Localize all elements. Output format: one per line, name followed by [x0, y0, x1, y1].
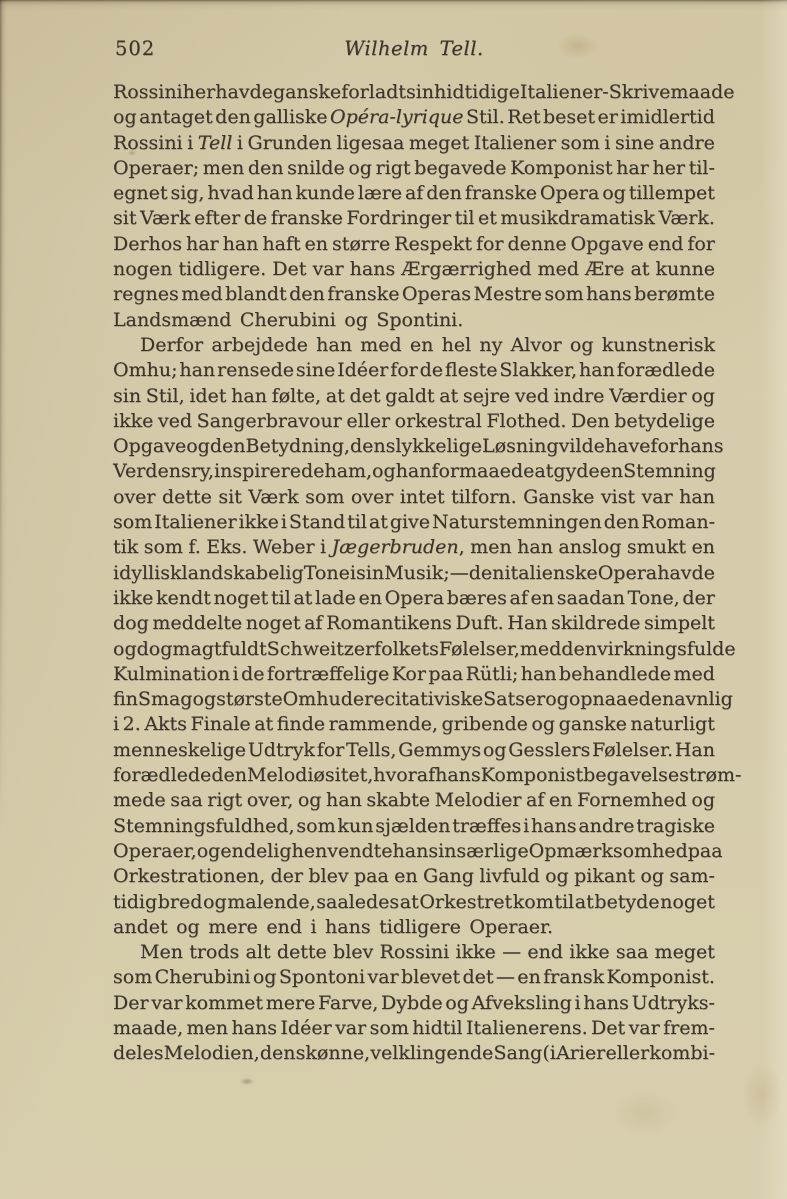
text-line: regnesmedblandtdenfranskeOperasMestresom…	[113, 283, 715, 308]
text-line: egnetsig,hvadhankundelæreafdenfranskeOpe…	[113, 182, 715, 207]
paper-stain	[742, 1062, 782, 1126]
text-line: DerhosharhanhaftenstørreRespektfordenneO…	[113, 233, 715, 258]
text-line: Omhu;hanrensedesineIdéerfordeflesteSlakk…	[113, 359, 715, 384]
paragraph: DerforarbejdedehanmedenhelnyAlvorogkunst…	[113, 334, 715, 941]
text-line: Verdensry,inspireredeham,oghanformaaedea…	[113, 460, 715, 485]
paragraph: MentrodsaltdetteblevRossiniikke—endikkes…	[113, 941, 715, 1067]
text-line: KulminationidefortræffeligeKorpaaRütli;h…	[113, 663, 715, 688]
text-line: finSmagogstørsteOmhuderecitativiskeSatse…	[113, 688, 715, 713]
text-line: ikkekendtnogettilatladeenOperabæresafens…	[113, 587, 715, 612]
text-line: maade,menhansIdéervarsomhidtilItalienere…	[113, 1017, 715, 1042]
text-line: MentrodsaltdetteblevRossiniikke—endikkes…	[113, 941, 715, 966]
text-line: tiksomf.Eks.WeberiJægerbruden,menhanansl…	[113, 536, 715, 561]
text-line: andetogmereendihanstidligereOperaer.	[113, 916, 715, 941]
book-page-scan: 502 Wilhelm Tell. Rossiniherhavdeganskef…	[0, 0, 787, 1199]
text-line: Rossiniherhavdeganskeforladtsinhidtidige…	[113, 81, 715, 106]
text-line: RossiniiTelliGrundenligesaamegetItaliene…	[113, 132, 715, 157]
text-line: nogentidligere.DetvarhansÆrgærrighedmedÆ…	[113, 258, 715, 283]
scan-right-edge-highlight	[761, 0, 787, 1199]
text-line: DervarkommetmereFarve,DybdeogAfvekslingi…	[113, 992, 715, 1017]
paper-stain	[610, 1090, 680, 1136]
scan-left-edge-shadow	[0, 0, 7, 1199]
text-line: LandsmændCherubiniogSpontini.	[113, 309, 715, 334]
text-line: ikkevedSangerbravourellerorkestralFlothe…	[113, 410, 715, 435]
text-line: somItalienerikkeiStandtilatgiveNaturstem…	[113, 511, 715, 536]
text-line: dogmeddeltenogetafRomantikensDuft.Hanski…	[113, 612, 715, 637]
text-body: Rossiniherhavdeganskeforladtsinhidtidige…	[113, 81, 715, 1068]
text-line: idyllisklandskabeligToneisinMusik;—denit…	[113, 562, 715, 587]
page-header: 502 Wilhelm Tell.	[113, 36, 715, 62]
text-line: Operaer;mendensnildeogrigtbegavedeKompon…	[113, 157, 715, 182]
text-line: medesaarigtover,oghanskabteMelodierafenF…	[113, 789, 715, 814]
text-line: i2.AktsFinaleatfinderammende,gribendeogg…	[113, 713, 715, 738]
text-line: ogdogmagtfuldtSchweitzerfolketsFølelser,…	[113, 638, 715, 663]
paper-stain	[240, 1078, 254, 1085]
scan-top-edge-shadow	[0, 0, 787, 10]
text-line: OpgaveogdenBetydning,denslykkeligeLøsnin…	[113, 435, 715, 460]
text-line: Operaer,ogendelighenvendtehansinsærligeO…	[113, 840, 715, 865]
text-line: ogantagetdengalliskeOpéra-lyriqueStil.Re…	[113, 106, 715, 131]
text-line: overdettesitVærksomoverintettilforn.Gans…	[113, 486, 715, 511]
text-line: menneskeligeUdtrykforTells,GemmysogGessl…	[113, 739, 715, 764]
text-line: delesMelodien,denskønne,velklingendeSang…	[113, 1042, 715, 1067]
running-title: Wilhelm Tell.	[113, 36, 715, 62]
text-line: sinStil,idethanfølte,atdetgaldtatsejreve…	[113, 385, 715, 410]
page-content: 502 Wilhelm Tell. Rossiniherhavdeganskef…	[113, 36, 715, 62]
text-line: Orkestrationen,derblevpaaenGanglivfuldog…	[113, 865, 715, 890]
paragraph: Rossiniherhavdeganskeforladtsinhidtidige…	[113, 81, 715, 334]
text-line: sitVærkefterdefranskeFordringertiletmusi…	[113, 207, 715, 232]
text-line: DerforarbejdedehanmedenhelnyAlvorogkunst…	[113, 334, 715, 359]
text-line: tidigbredogmalende,saaledesatOrkestretko…	[113, 891, 715, 916]
text-line: forædlededenMelodiøsitet,hvorafhansKompo…	[113, 764, 715, 789]
text-line: somCherubiniogSpontonivarblevetdet—enfra…	[113, 966, 715, 991]
text-line: Stemningsfuldhed,somkunsjældentræffesiha…	[113, 815, 715, 840]
